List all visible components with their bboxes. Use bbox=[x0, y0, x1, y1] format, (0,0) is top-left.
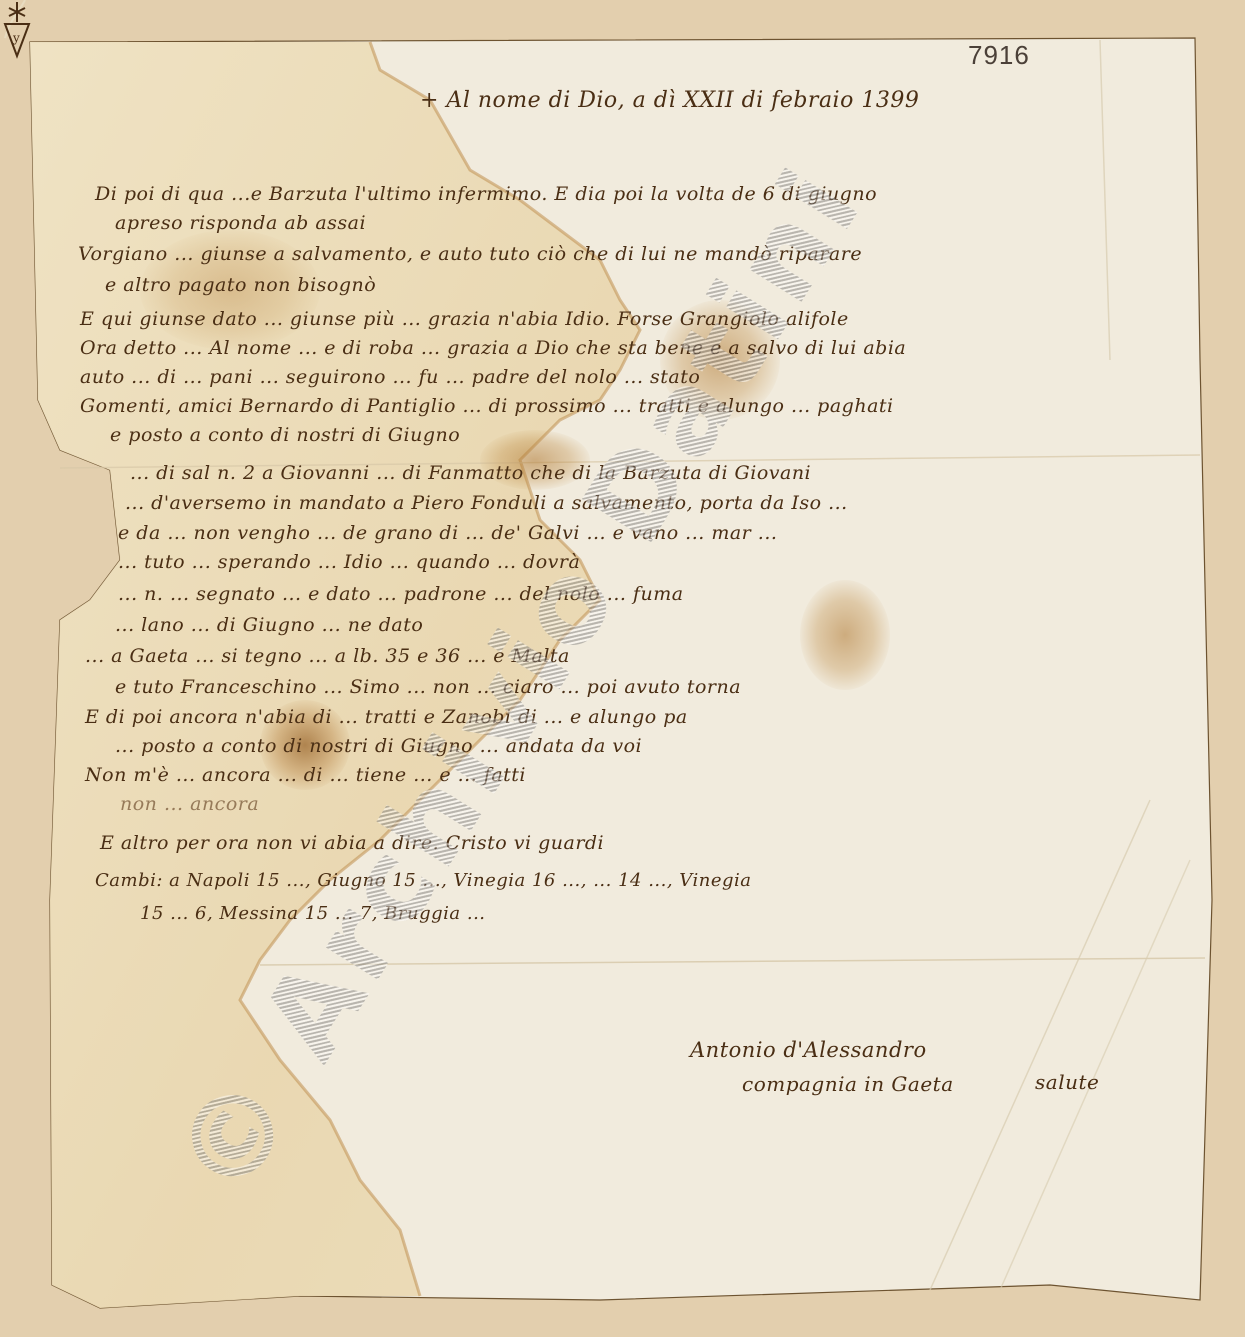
svg-text:y: y bbox=[12, 31, 20, 45]
body-line: ... d'aversemo in mandato a Piero Fondul… bbox=[125, 492, 848, 514]
body-line: ... lano ... di Giugno ... ne dato bbox=[115, 614, 423, 636]
body-line: e altro pagato non bisognò bbox=[105, 274, 376, 296]
body-line: e posto a conto di nostri di Giugno bbox=[110, 424, 460, 446]
signature-closing: salute bbox=[1035, 1070, 1099, 1094]
merchant-mark-icon: y bbox=[0, 0, 34, 60]
body-line: ... tuto ... sperando ... Idio ... quand… bbox=[118, 551, 580, 573]
document-photo: 7916 + Al nome di Dio, a dì XXII di febr… bbox=[0, 0, 1245, 1337]
letter-heading: + Al nome di Dio, a dì XXII di febraio 1… bbox=[420, 88, 919, 113]
body-line: apreso risponda ab assai bbox=[115, 212, 366, 234]
body-line: ... posto a conto di nostri di Giugno ..… bbox=[115, 735, 642, 757]
body-line: e tuto Franceschino ... Simo ... non ...… bbox=[115, 676, 741, 698]
signature-name: Antonio d'Alessandro bbox=[690, 1038, 927, 1062]
body-line-faint: non ... ancora bbox=[120, 793, 259, 815]
body-line: E di poi ancora n'abia di ... tratti e Z… bbox=[85, 706, 688, 728]
body-line: auto ... di ... pani ... seguirono ... f… bbox=[80, 366, 700, 388]
signature-company: compagnia in Gaeta bbox=[742, 1072, 954, 1096]
archive-number: 7916 bbox=[968, 40, 1030, 71]
